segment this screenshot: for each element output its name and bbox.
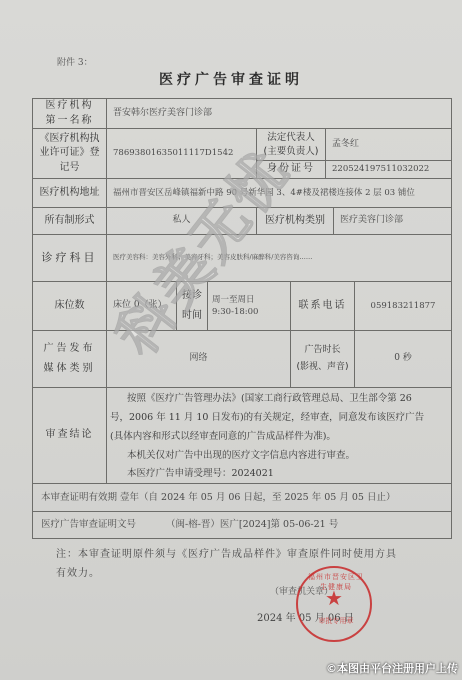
doc-number-value: （闽-榕-晋）医广[2024]第 05-06-21 号: [160, 512, 440, 538]
license-number: 78693801635011117D1542: [107, 129, 256, 178]
departments-value: 医疗美容科：美容外科；美容牙科；美容皮肤科/麻醉科/美容咨询……: [107, 235, 451, 281]
upload-credit: ©本图由平台注册用户上传: [326, 660, 458, 676]
conclusion-label: 审查结论: [33, 388, 106, 483]
conclusion-line: (具体内容和形式以经审查同意的广告成品样件为准)。: [110, 427, 336, 446]
certificate-page: 附件 3： 医疗广告审查证明 医疗机构 第一名称 晋安韩尔医疗美容门诊部 《医疗…: [0, 0, 462, 680]
category-label: 医疗机构类别: [257, 208, 333, 234]
duration-value: 0 秒: [355, 331, 451, 387]
star-icon: ★: [325, 586, 343, 610]
validity-text: 本审查证明有效期 壹年（自 2024 年 05 月 06 日起，至 2025 年…: [33, 484, 451, 511]
hours-time: 9:30-18:00: [212, 306, 258, 318]
conclusion-line: 号，2006 年 11 月 10 日发布)的有关规定，经审查，同意发布该医疗广告: [110, 408, 424, 427]
hours-value: 周一至周日 9:30-18:00: [208, 282, 290, 330]
page-title: 医疗广告审查证明: [0, 69, 462, 89]
phone-value: 059183211877: [355, 282, 451, 330]
conclusion-line: 本医疗广告申请受理号：2024021: [127, 464, 274, 483]
ownership-value: 私人: [107, 208, 256, 234]
hours-days: 周一至周日: [212, 294, 255, 306]
institution-name-label: 医疗机构 第一名称: [33, 99, 106, 128]
beds-value: 床位 0（张）: [107, 282, 176, 330]
ownership-label: 所有制形式: [33, 208, 106, 234]
official-seal: 福州市晋安区卫生健康局 ★ 审批专用章: [296, 566, 372, 642]
table-border: [451, 98, 452, 538]
duration-label: 广告时长 (影视、声音): [291, 331, 354, 387]
id-number-label: 身份证号: [257, 161, 325, 178]
doc-number-label: 医疗广告审查证明文号: [33, 512, 153, 538]
media-label: 广告发布 媒体类别: [33, 331, 106, 387]
institution-name-value: 晋安韩尔医疗美容门诊部: [107, 99, 451, 128]
address-value: 福州市晋安区岳峰镇福新中路 90 号新华园 3、4#楼及裙楼连接体 2 层 03…: [107, 179, 451, 207]
attachment-label: 附件 3：: [57, 55, 93, 68]
legal-rep-label: 法定代表人 (主要负责人): [257, 129, 325, 160]
category-value: 医疗美容门诊部: [334, 208, 451, 234]
hours-label: 接诊 时间: [177, 282, 207, 330]
table-border: [32, 538, 452, 539]
beds-label: 床位数: [33, 282, 106, 330]
departments-label: 诊疗科目: [33, 235, 106, 281]
phone-label: 联系电话: [291, 282, 354, 330]
license-label: 《医疗机构执业许可证》登记号: [33, 129, 106, 178]
id-number-value: 220524197511032022: [326, 161, 451, 178]
conclusion-line: 本机关仅对广告中出现的医疗文字信息内容进行审查。: [127, 446, 355, 465]
address-label: 医疗机构地址: [33, 179, 106, 207]
legal-rep-value: 孟冬红: [326, 129, 451, 160]
conclusion-line: 按照《医疗广告管理办法》(国家工商行政管理总局、卫生部令第 26: [127, 389, 412, 408]
media-value: 网络: [107, 331, 290, 387]
seal-bottom-text: 审批专用章: [312, 616, 360, 626]
